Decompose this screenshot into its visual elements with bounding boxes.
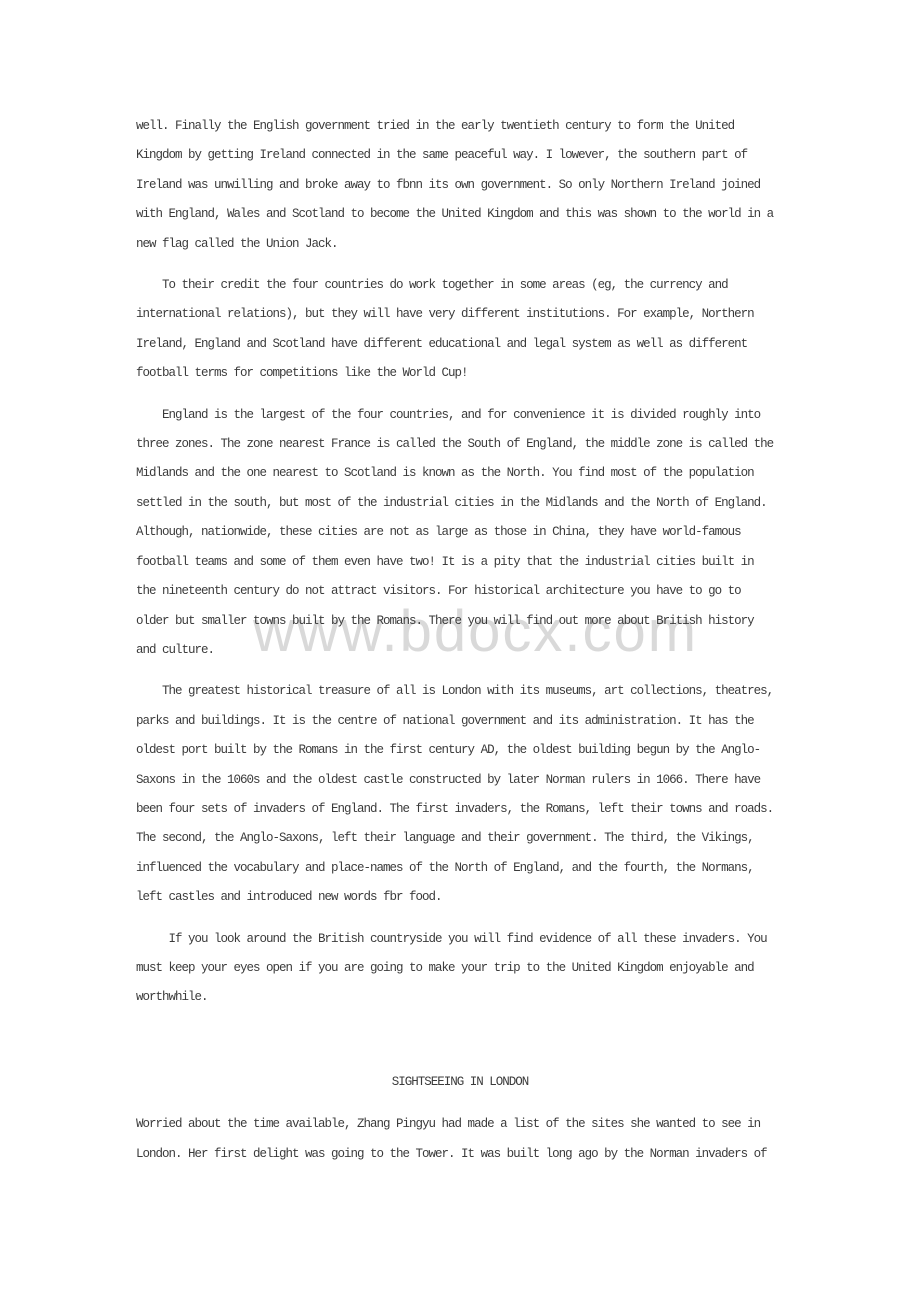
paragraph: England is the largest of the four count… <box>136 401 784 666</box>
paragraph: If you look around the British countrysi… <box>136 925 784 1013</box>
paragraph: well. Finally the English government tri… <box>136 112 784 259</box>
document-page: www.bdocx.com well. Finally the English … <box>0 0 920 1302</box>
section-heading: SIGHTSEEING IN LONDON <box>136 1068 784 1097</box>
paragraph: To their credit the four countries do wo… <box>136 271 784 389</box>
document-content: well. Finally the English government tri… <box>0 0 920 1169</box>
paragraph: The greatest historical treasure of all … <box>136 677 784 912</box>
paragraph: Worried about the time available, Zhang … <box>136 1110 784 1169</box>
